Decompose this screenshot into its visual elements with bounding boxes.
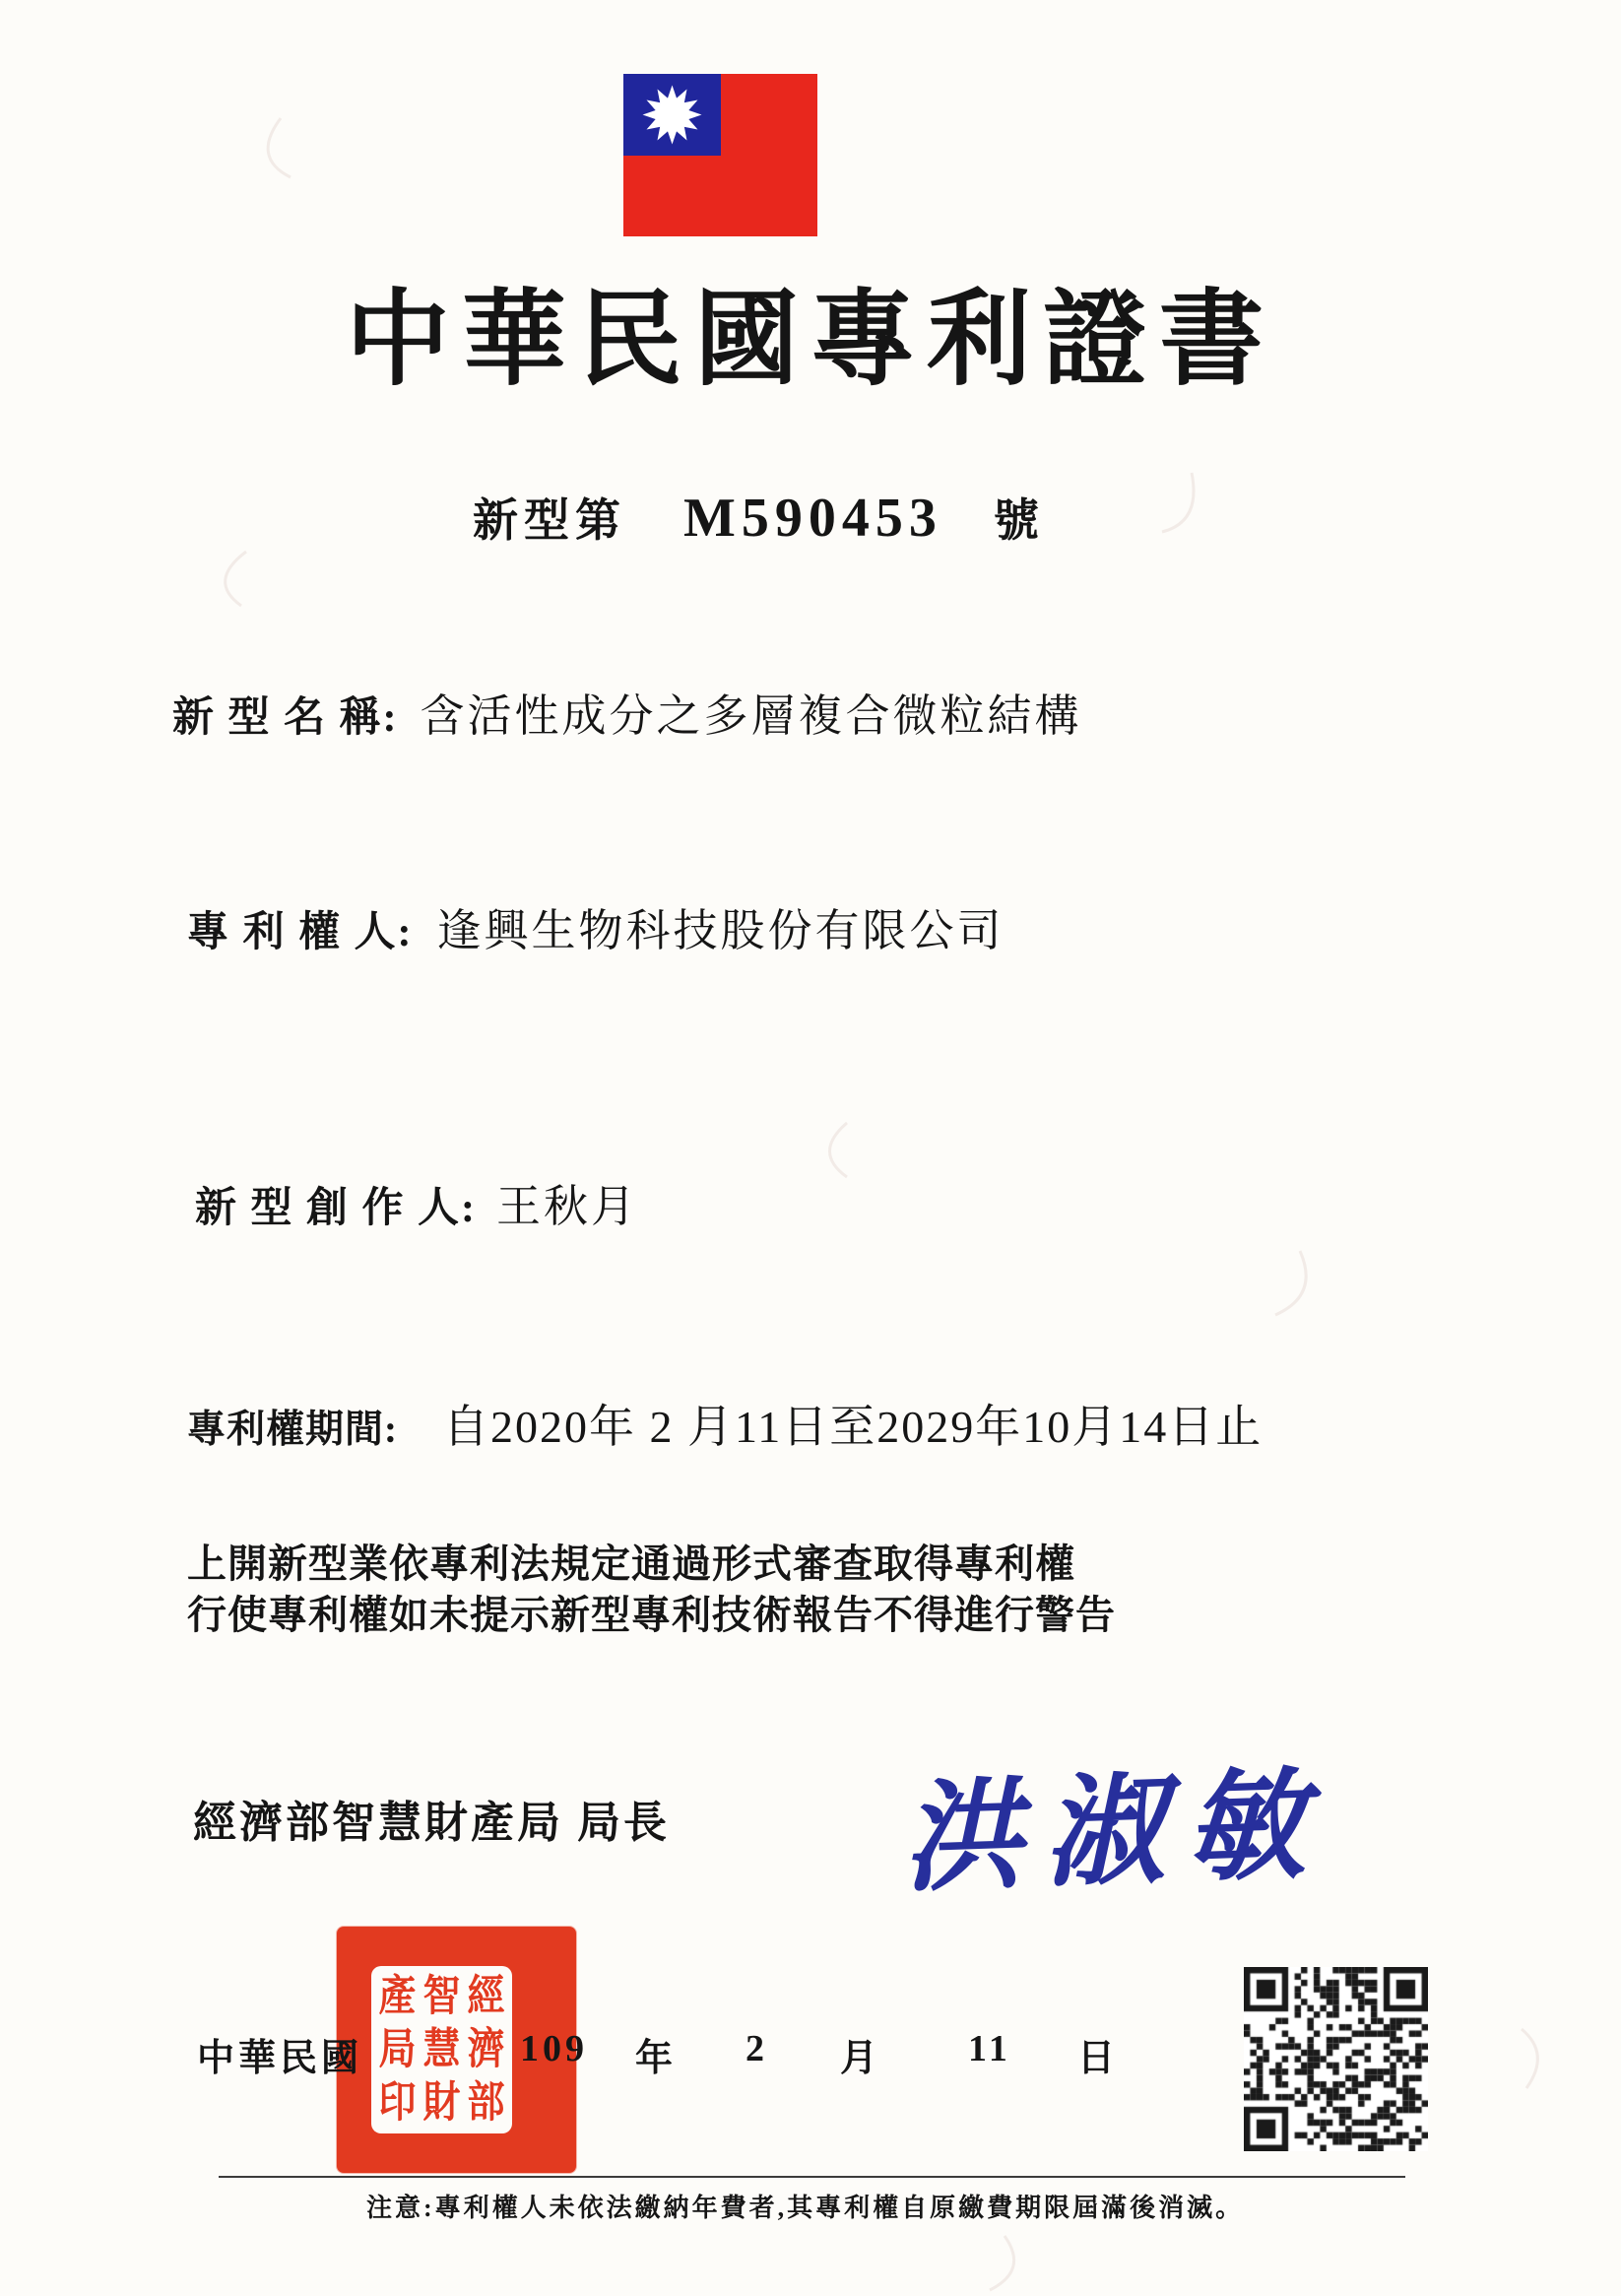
- field-creator: 新 型 創 作 人: 王秋月: [195, 1170, 638, 1234]
- date-era: 中華民國: [197, 2027, 362, 2081]
- date-year-unit: 年: [635, 2027, 677, 2081]
- patent-number-prefix: 新型第: [473, 485, 626, 550]
- patent-certificate-page: 中華民國專利證書 新型第 M590453 號 新 型 名 稱: 含活性成分之多層…: [0, 0, 1621, 2296]
- director-general-signature: 洪淑敏: [898, 1729, 1298, 1915]
- date-month-unit: 月: [840, 2027, 881, 2081]
- date-day: 11: [968, 2027, 1011, 2070]
- utility-model-name-value: 含活性成分之多層複合微粒結構: [421, 691, 1082, 741]
- creator-value: 王秋月: [496, 1182, 638, 1231]
- patent-term-label: 專利權期間:: [187, 1409, 398, 1451]
- taiwan-flag: [623, 74, 817, 236]
- field-utility-model-name: 新 型 名 稱: 含活性成分之多層複合微粒結構: [172, 680, 1082, 744]
- date-month: 2: [746, 2027, 768, 2070]
- patent-number-suffix: 號: [994, 485, 1045, 550]
- legal-notice-line1: 上開新型業依專利法規定通過形式審查取得專利權: [187, 1539, 1116, 1590]
- patent-number: M590453: [683, 487, 942, 550]
- creator-label: 新 型 創 作 人:: [195, 1186, 477, 1231]
- patentee-label: 專 利 權 人:: [187, 910, 414, 955]
- field-patentee: 專 利 權 人: 逢興生物科技股份有限公司: [187, 894, 1005, 958]
- footnote: 注意:專利權人未依法繳納年費者,其專利權自原繳費期限屆滿後消滅。: [366, 2188, 1244, 2224]
- utility-model-name-label: 新 型 名 稱:: [172, 695, 399, 741]
- field-patent-term: 專利權期間: 自2020年 2 月11日至2029年10月14日止: [187, 1391, 1263, 1456]
- patent-number-line: 新型第 M590453 號: [473, 485, 1045, 550]
- legal-notice-line2: 行使專利權如未提示新型專利技術報告不得進行警告: [187, 1590, 1116, 1641]
- certificate-title: 中華民國專利證書: [0, 284, 1621, 399]
- qr-code: [1244, 1967, 1428, 2151]
- date-year: 109: [520, 2027, 588, 2070]
- patentee-value: 逢興生物科技股份有限公司: [437, 906, 1005, 955]
- patent-term-value: 自2020年 2 月11日至2029年10月14日止: [443, 1402, 1263, 1452]
- official-seal-characters: 經濟部智慧財產局印: [375, 1970, 508, 2130]
- issuer-title: 經濟部智慧財產局 局長: [193, 1787, 670, 1850]
- date-day-unit: 日: [1077, 2027, 1119, 2081]
- footer-divider: [219, 2176, 1405, 2178]
- legal-notice: 上開新型業依專利法規定通過形式審查取得專利權 行使專利權如未提示新型專利技術報告…: [187, 1539, 1116, 1641]
- taiwan-flag-graphic: [623, 74, 817, 236]
- official-seal-inner: 經濟部智慧財產局印: [371, 1966, 512, 2133]
